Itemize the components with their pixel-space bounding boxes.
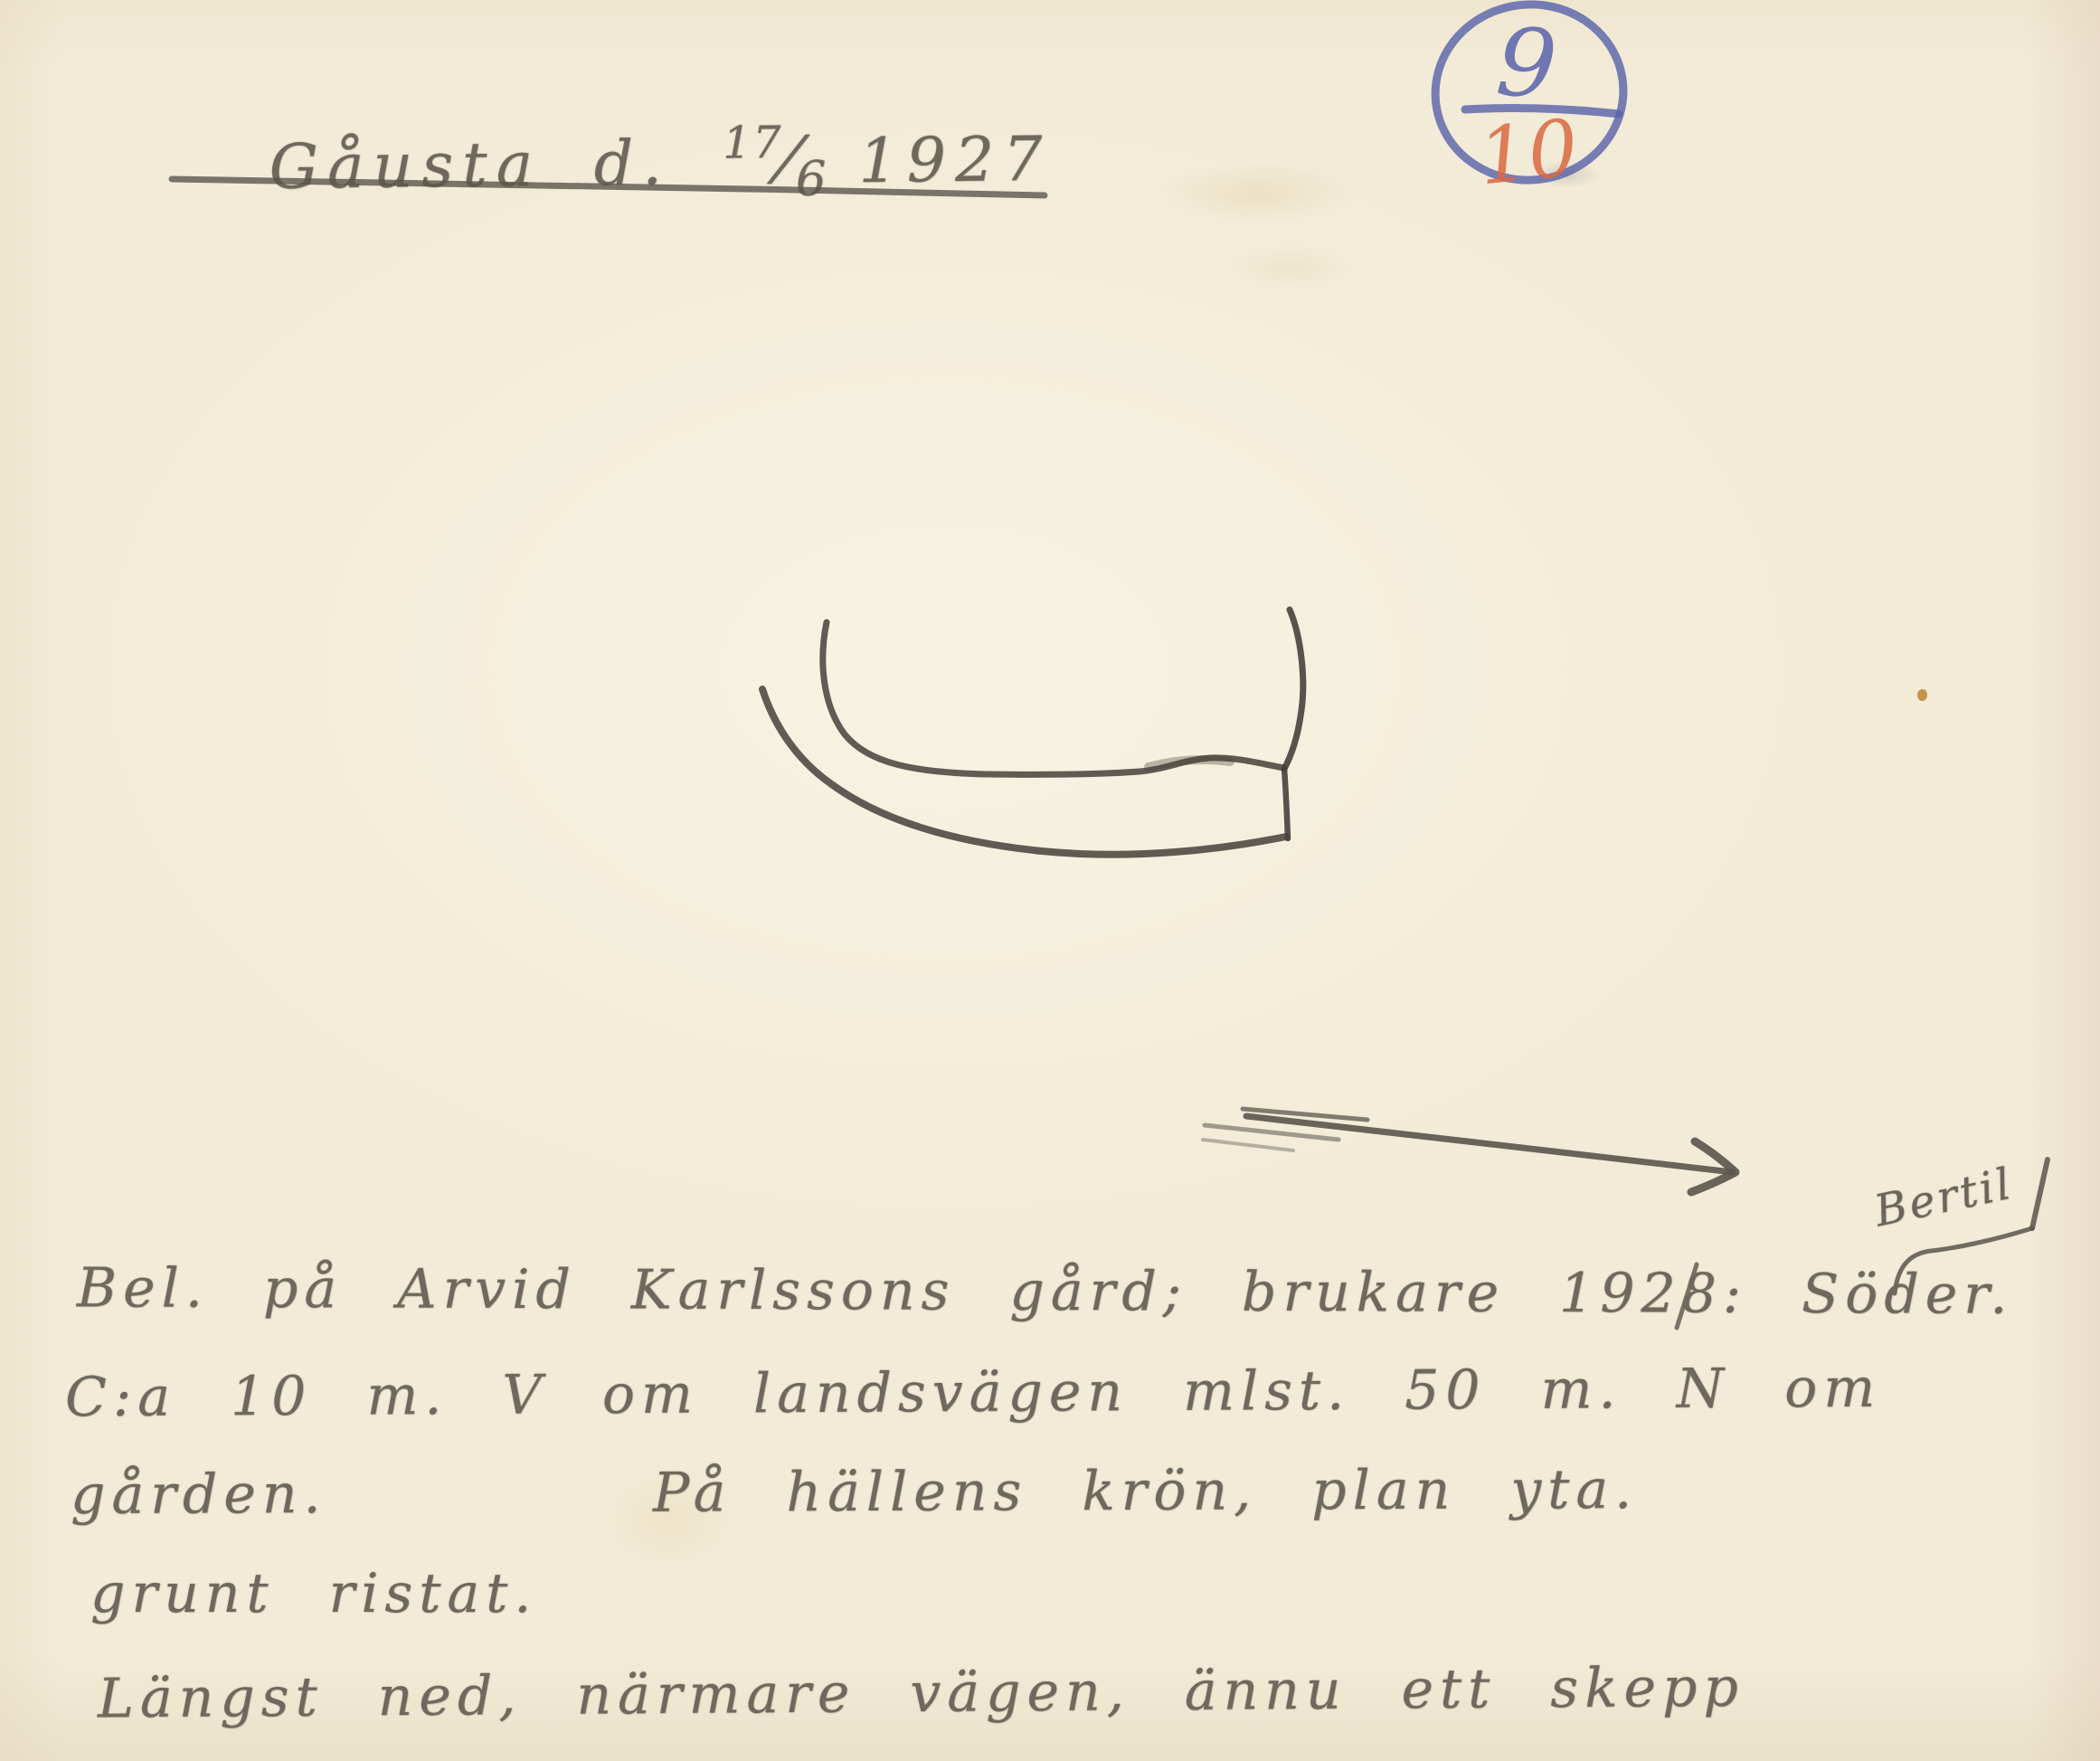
- body-line-3: gården. På hällens krön, plan yta.: [71, 1463, 1638, 1522]
- body-line-5: Längst ned, närmare vägen, ännu ett skep…: [98, 1661, 1745, 1727]
- paper-stain: [1221, 242, 1357, 293]
- ink-spot: [1917, 689, 1927, 701]
- heading-underline: [167, 172, 1063, 204]
- body-line-1: Bel. på Arvid Karlssons gård; brukare 19…: [77, 1261, 2014, 1321]
- page-number-badge: 9 10: [1420, 0, 1655, 199]
- ship-sketch: [751, 579, 1384, 859]
- body-line-4: grunt ristat.: [90, 1567, 537, 1621]
- badge-bottom-number: 10: [1474, 103, 1582, 204]
- paper-stain: [1158, 161, 1357, 224]
- body-line-2: C:a 10 m. V om landsvägen mlst. 50 m. N …: [65, 1361, 1881, 1425]
- badge-top-number: 9: [1493, 6, 1561, 120]
- date-numerator: 17: [723, 117, 783, 169]
